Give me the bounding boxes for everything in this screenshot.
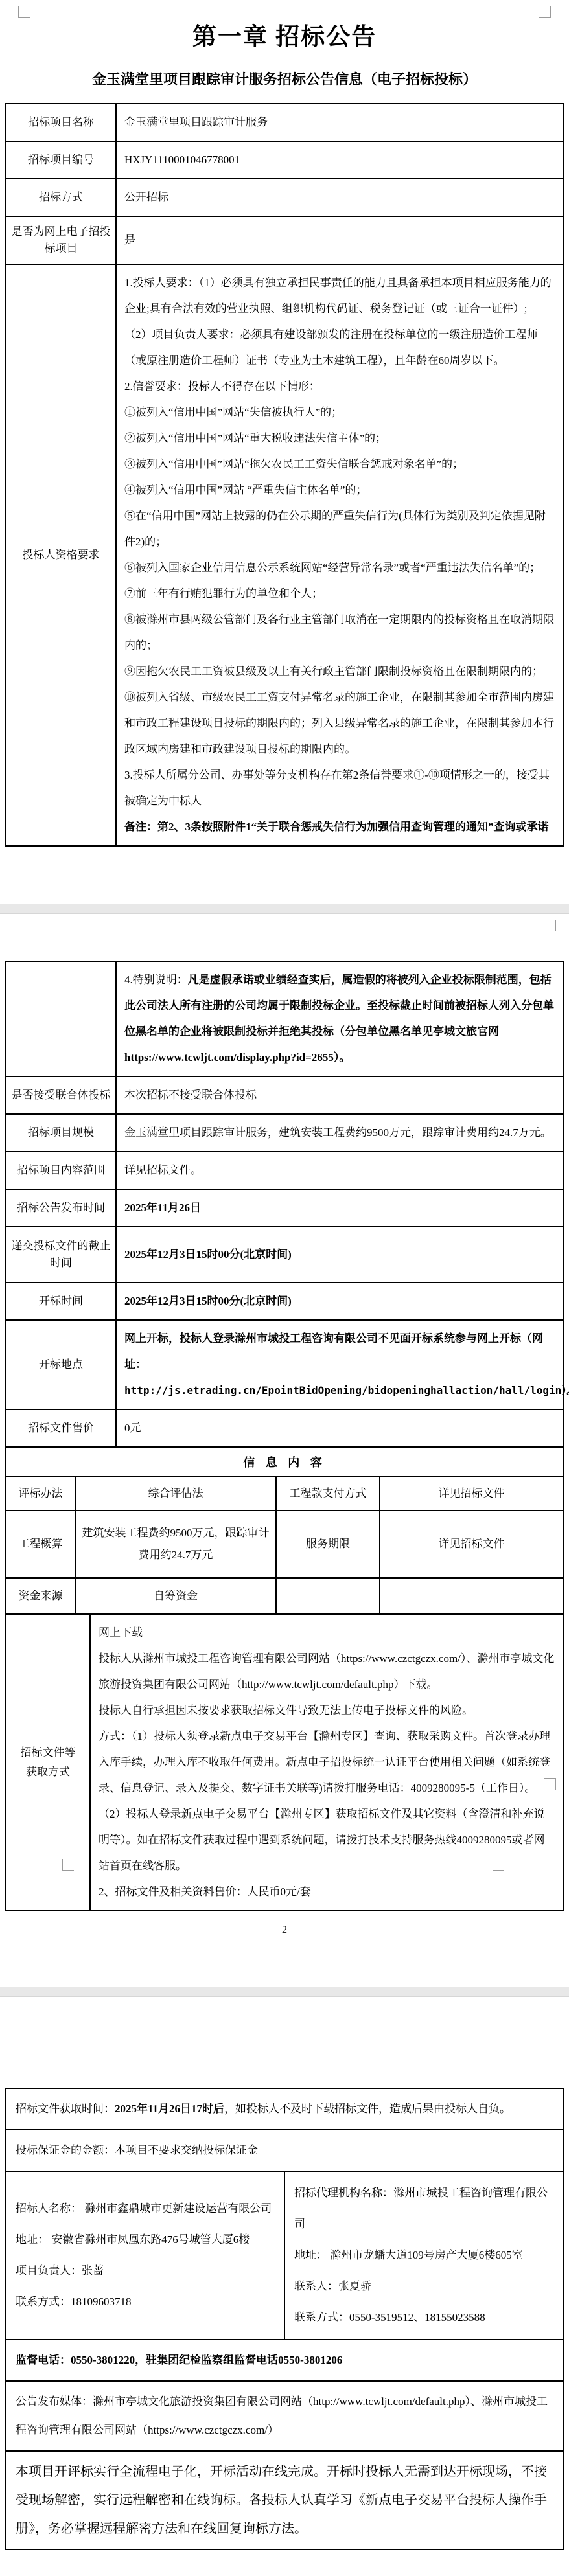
table-row: 招标项目编号 HXJY1110001046778001 <box>6 141 563 179</box>
info-cell: 详见招标文件 <box>380 1510 563 1578</box>
row-value: 本次招标不接受联合体投标 <box>116 1077 563 1114</box>
row-value: 0元 <box>116 1409 563 1447</box>
qualification-note: 备注：第2、3条按照附件1“关于联合惩戒失信行为加强信用查询管理的通知”查询或承… <box>124 814 555 840</box>
info-cell: 工程概算 <box>6 1510 75 1578</box>
qualification-text: 1.投标人要求：（1）必须具有独立承担民事责任的能力且具备承担本项目相应服务能力… <box>116 264 563 846</box>
qualification-paragraph: ③被列入“信用中国”网站“拖欠农民工工资失信联合惩戒对象名单”的； <box>124 451 555 477</box>
row-label: 招标公告发布时间 <box>6 1189 116 1227</box>
qualification-paragraph: ①被列入“信用中国”网站“失信被执行人”的； <box>124 400 555 426</box>
qualification-paragraph: ⑦前三年有行贿犯罪行为的单位和个人； <box>124 581 555 607</box>
special-note-prefix: 4.特别说明： <box>124 974 188 986</box>
row-label <box>6 961 116 1077</box>
table-row: 招标文件售价 0元 <box>6 1409 563 1447</box>
bid-bond-row: 投标保证金的金额：本项目不要求交纳投标保证金 <box>6 2130 563 2171</box>
info-cell <box>276 1578 380 1614</box>
info-content-header: 信 息 内 容 <box>6 1447 563 1477</box>
row-value: 2025年12月3日15时00分(北京时间) <box>116 1282 563 1320</box>
agency-address: 地址： 滁州市龙蟠大道109号房产大厦6楼605室 <box>294 2240 553 2271</box>
electronic-note: 本项目开评标实行全流程电子化，开标活动在线完成。开标时投标人无需到达开标现场，不… <box>6 2451 563 2549</box>
qualification-paragraph: ②被列入“信用中国”网站“重大税收违法失信主体”的； <box>124 426 555 451</box>
row-label: 招标文件售价 <box>6 1409 116 1447</box>
row-label: 是否为网上电子招投标项目 <box>6 216 116 264</box>
row-label: 招标项目名称 <box>6 104 116 141</box>
qualification-row: 投标人资格要求 1.投标人要求：（1）必须具有独立承担民事责任的能力且具备承担本… <box>6 264 563 846</box>
announcement-media: 公告发布媒体：滁州市亭城文化旅游投资集团有限公司网站（http://www.tc… <box>6 2381 563 2451</box>
media-row: 公告发布媒体：滁州市亭城文化旅游投资集团有限公司网站（http://www.tc… <box>6 2381 563 2451</box>
info-cell: 资金来源 <box>6 1578 75 1614</box>
contacts-row: 招标人名称： 滁州市鑫鼎城市更新建设运营有限公司 地址： 安徽省滁州市凤凰东路4… <box>6 2171 563 2340</box>
supervision-row: 监督电话：0550-3801220，驻集团纪检监察组监督电话0550-38012… <box>6 2340 563 2381</box>
info-cell: 自筹资金 <box>75 1578 276 1614</box>
table-row: 招标方式 公开招标 <box>6 179 563 216</box>
info-content-header-row: 信 息 内 容 <box>6 1447 563 1477</box>
chapter-title: 第一章 招标公告 <box>0 0 569 52</box>
crop-mark <box>539 6 551 18</box>
row-value: 是 <box>116 216 563 264</box>
acquisition-table: 招标文件等获取方式 网上下载 投标人从滁州市城投工程咨询管理有限公司网站（htt… <box>5 1613 564 1911</box>
table-row: 评标办法 综合评估法 工程款支付方式 详见招标文件 <box>6 1477 563 1510</box>
tenderer-phone: 联系方式：18109603718 <box>16 2286 275 2318</box>
qualification-paragraph: 1.投标人要求：（1）必须具有独立承担民事责任的能力且具备承担本项目相应服务能力… <box>124 270 555 322</box>
acquisition-row: 招标文件等获取方式 网上下载 投标人从滁州市城投工程咨询管理有限公司网站（htt… <box>6 1614 563 1911</box>
table-row: 招标项目名称 金玉满堂里项目跟踪审计服务 <box>6 104 563 141</box>
crop-mark <box>544 920 556 931</box>
doc-time: 招标文件获取时间：2025年11月26日17时后，如投标人不及时下载招标文件，造… <box>6 2088 563 2130</box>
table-row: 递交投标文件的截止时间 2025年12月3日15时00分(北京时间) <box>6 1227 563 1282</box>
qualification-paragraph: ⑥被列入国家企业信用信息公示系统网站“经营异常名录”或者“严重违法失信名单”的； <box>124 555 555 581</box>
bid-info-table-continued: 4.特别说明：凡是虚假承诺或业绩经查实后，属造假的将被列入企业投标限制范围，包括… <box>5 961 564 1477</box>
tenderer-manager: 项目负责人：张蔷 <box>16 2255 275 2286</box>
electronic-note-row: 本项目开评标实行全流程电子化，开标活动在线完成。开标时投标人无需到达开标现场，不… <box>6 2451 563 2549</box>
crop-mark <box>493 1859 504 1871</box>
qualification-paragraph: ⑨因拖欠农民工工资被县级及以上有关行政主管部门限制投标资格且在限制期限内的； <box>124 659 555 685</box>
row-value: 金玉满堂里项目跟踪审计服务，建筑安装工程费约9500万元，跟踪审计费用约24.7… <box>116 1114 563 1152</box>
bid-opening-place-text: 网上开标，投标人登录滁州市城投工程咨询有限公司不见面开标系统参与网上开标（网址： <box>124 1326 555 1378</box>
table-row: 工程概算 建筑安装工程费约9500万元，跟踪审计费用约24.7万元 服务期限 详… <box>6 1510 563 1578</box>
doc-time-row: 招标文件获取时间：2025年11月26日17时后，如投标人不及时下载招标文件，造… <box>6 2088 563 2130</box>
row-label: 开标时间 <box>6 1282 116 1320</box>
contact-table: 招标文件获取时间：2025年11月26日17时后，如投标人不及时下载招标文件，造… <box>5 2088 564 2550</box>
table-row: 是否为网上电子招投标项目 是 <box>6 216 563 264</box>
page-3: 招标文件获取时间：2025年11月26日17时后，如投标人不及时下载招标文件，造… <box>0 1997 569 2576</box>
bid-bond: 投标保证金的金额：本项目不要求交纳投标保证金 <box>6 2130 563 2171</box>
bid-opening-place-row: 开标地点 网上开标，投标人登录滁州市城投工程咨询有限公司不见面开标系统参与网上开… <box>6 1320 563 1409</box>
tenderer-name: 招标人名称： 滁州市鑫鼎城市更新建设运营有限公司 <box>16 2193 275 2224</box>
bid-opening-place: 网上开标，投标人登录滁州市城投工程咨询有限公司不见面开标系统参与网上开标（网址：… <box>116 1320 563 1409</box>
row-label: 招标方式 <box>6 179 116 216</box>
bid-opening-url: http://js.etrading.cn/EpointBidOpening/b… <box>124 1378 555 1404</box>
row-label: 开标地点 <box>6 1320 116 1409</box>
agency-block: 招标代理机构名称：滁州市城投工程咨询管理有限公司 地址： 滁州市龙蟠大道109号… <box>284 2171 563 2340</box>
info-cell: 建筑安装工程费约9500万元，跟踪审计费用约24.7万元 <box>75 1510 276 1578</box>
acquisition-paragraph: 投标人从滁州市城投工程咨询管理有限公司网站（https://www.czctgc… <box>99 1646 555 1698</box>
special-note: 4.特别说明：凡是虚假承诺或业绩经查实后，属造假的将被列入企业投标限制范围，包括… <box>116 961 563 1077</box>
table-row: 是否接受联合体投标 本次招标不接受联合体投标 <box>6 1077 563 1114</box>
tenderer-block: 招标人名称： 滁州市鑫鼎城市更新建设运营有限公司 地址： 安徽省滁州市凤凰东路4… <box>6 2171 284 2340</box>
row-label: 招标文件等获取方式 <box>6 1614 90 1911</box>
info-cell <box>380 1578 563 1614</box>
acquisition-paragraph: 投标人自行承担因未按要求获取招标文件导致无法上传电子投标文件的风险。 <box>99 1698 555 1724</box>
doc-time-value: 2025年11月26日17时后 <box>115 2103 224 2115</box>
special-note-row: 4.特别说明：凡是虚假承诺或业绩经查实后，属造假的将被列入企业投标限制范围，包括… <box>6 961 563 1077</box>
page-separator <box>0 904 569 914</box>
row-label: 招标项目内容范围 <box>6 1152 116 1189</box>
page-1: 第一章 招标公告 金玉满堂里项目跟踪审计服务招标公告信息（电子招标投标） 招标项… <box>0 0 569 904</box>
row-label: 招标项目编号 <box>6 141 116 179</box>
qualification-paragraph: （2）项目负责人要求：必须具有建设部颁发的注册在投标单位的一级注册造价工程师（或… <box>124 322 555 374</box>
page-separator <box>0 1987 569 1997</box>
qualification-paragraph: ⑩被列入省级、市级农民工工资支付异常名录的施工企业，在限制其参加全市范围内房建和… <box>124 685 555 762</box>
row-label: 投标人资格要求 <box>6 264 116 846</box>
bid-info-table: 招标项目名称 金玉满堂里项目跟踪审计服务 招标项目编号 HXJY11100010… <box>5 103 564 847</box>
agency-phone: 联系方式：0550-3519512、18155023588 <box>294 2302 553 2333</box>
info-cell: 详见招标文件 <box>380 1477 563 1510</box>
acquisition-paragraph: 2、招标文件及相关资料售价：人民币0元/套 <box>99 1879 555 1905</box>
info-cell: 工程款支付方式 <box>276 1477 380 1510</box>
row-label: 递交投标文件的截止时间 <box>6 1227 116 1282</box>
qualification-paragraph: ⑤在“信用中国”网站上披露的仍在公示期的严重失信行为(具体行为类别及判定依据见附… <box>124 503 555 555</box>
info-content-table: 评标办法 综合评估法 工程款支付方式 详见招标文件 工程概算 建筑安装工程费约9… <box>5 1476 564 1615</box>
crop-mark <box>544 1778 556 1790</box>
crop-mark <box>62 1859 74 1871</box>
row-label: 招标项目规模 <box>6 1114 116 1152</box>
info-cell: 评标办法 <box>6 1477 75 1510</box>
acquisition-paragraph: 方式：（1）投标人须登录新点电子交易平台【滁州专区】查询、获取采购文件。首次登录… <box>99 1724 555 1801</box>
page-2: 4.特别说明：凡是虚假承诺或业绩经查实后，属造假的将被列入企业投标限制范围，包括… <box>0 914 569 1987</box>
qualification-paragraph: ④被列入“信用中国”网站 “严重失信主体名单”的； <box>124 477 555 503</box>
table-row: 招标公告发布时间 2025年11月26日 <box>6 1189 563 1227</box>
document: 第一章 招标公告 金玉满堂里项目跟踪审计服务招标公告信息（电子招标投标） 招标项… <box>0 0 569 2576</box>
page-number: 2 <box>0 1924 569 1936</box>
row-value: 2025年11月26日 <box>116 1189 563 1227</box>
announcement-title: 金玉满堂里项目跟踪审计服务招标公告信息（电子招标投标） <box>0 69 569 89</box>
supervision-phone: 监督电话：0550-3801220，驻集团纪检监察组监督电话0550-38012… <box>6 2340 563 2381</box>
row-value: 2025年12月3日15时00分(北京时间) <box>116 1227 563 1282</box>
qualification-paragraph: 2.信誉要求：投标人不得存在以下情形： <box>124 374 555 400</box>
table-row: 招标项目内容范围 详见招标文件。 <box>6 1152 563 1189</box>
table-row: 招标项目规模 金玉满堂里项目跟踪审计服务，建筑安装工程费约9500万元，跟踪审计… <box>6 1114 563 1152</box>
tenderer-address: 地址： 安徽省滁州市凤凰东路476号城管大厦6楼 <box>16 2224 275 2255</box>
row-value: HXJY1110001046778001 <box>116 141 563 179</box>
acquisition-paragraph: 网上下载 <box>99 1620 555 1646</box>
row-value: 公开招标 <box>116 179 563 216</box>
table-row: 资金来源 自筹资金 <box>6 1578 563 1614</box>
qualification-paragraph: 3.投标人所属分公司、办事处等分支机构存在第2条信誉要求①-⑩项情形之一的，接受… <box>124 762 555 814</box>
agency-name: 招标代理机构名称：滁州市城投工程咨询管理有限公司 <box>294 2178 553 2240</box>
qualification-paragraph: ⑧被滁州市县两级公管部门及各行业主管部门取消在一定期限内的投标资格且在取消期限内… <box>124 607 555 659</box>
row-value: 金玉满堂里项目跟踪审计服务 <box>116 104 563 141</box>
info-cell: 综合评估法 <box>75 1477 276 1510</box>
row-value: 详见招标文件。 <box>116 1152 563 1189</box>
table-row: 开标时间 2025年12月3日15时00分(北京时间) <box>6 1282 563 1320</box>
crop-mark <box>18 6 30 18</box>
acquisition-paragraph: （2）投标人登录新点电子交易平台【滁州专区】获取招标文件及其它资料（含澄清和补充… <box>99 1801 555 1879</box>
special-note-body: 凡是虚假承诺或业绩经查实后，属造假的将被列入企业投标限制范围，包括此公司法人所有… <box>124 974 554 1064</box>
agency-contact: 联系人：张夏骄 <box>294 2271 553 2302</box>
info-cell: 服务期限 <box>276 1510 380 1578</box>
row-label: 是否接受联合体投标 <box>6 1077 116 1114</box>
